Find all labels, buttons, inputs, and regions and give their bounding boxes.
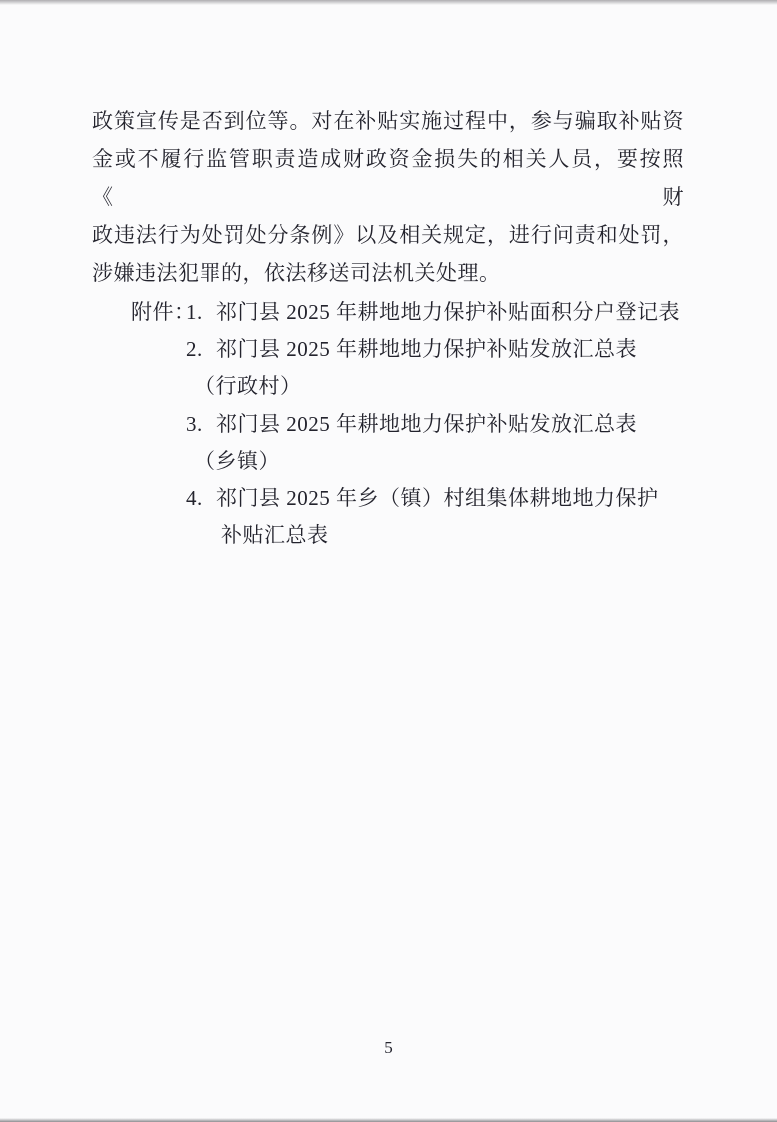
attachment-item-4-title: 祁门县 2025 年乡（镇）村组集体耕地地力保护 [216,486,659,510]
scan-edge-top [0,0,777,5]
page-number: 5 [0,1037,777,1059]
attachment-item-3: 3.祁门县 2025 年耕地地力保护补贴发放汇总表 [186,409,637,439]
attachment-item-1-number: 1. [186,297,216,327]
attachment-item-3-continuation: （乡镇） [194,446,280,476]
attachment-item-4-continuation: 补贴汇总表 [221,520,329,550]
attachment-item-2-title: 祁门县 2025 年耕地地力保护补贴发放汇总表 [216,337,637,361]
attachment-item-1: 1.祁门县 2025 年耕地地力保护补贴面积分户登记表 [186,297,680,327]
attachment-item-3-title: 祁门县 2025 年耕地地力保护补贴发放汇总表 [216,412,637,436]
paragraph-line-3: 政违法行为处罚处分条例》以及相关规定，进行问责和处罚， [92,216,684,254]
document-page: 政策宣传是否到位等。对在补贴实施过程中，参与骗取补贴资 金或不履行监管职责造成财… [0,0,777,1122]
paragraph-line-2: 金或不履行监管职责造成财政资金损失的相关人员，要按照《财 [92,140,684,216]
attachment-item-2-continuation: （行政村） [194,371,302,401]
attachment-item-4-number: 4. [186,483,216,513]
attachment-item-3-number: 3. [186,409,216,439]
body-paragraph: 政策宣传是否到位等。对在补贴实施过程中，参与骗取补贴资 金或不履行监管职责造成财… [92,102,684,292]
attachment-item-2-number: 2. [186,334,216,364]
attachment-item-1-title: 祁门县 2025 年耕地地力保护补贴面积分户登记表 [216,300,680,324]
paragraph-line-4: 涉嫌违法犯罪的，依法移送司法机关处理。 [92,254,684,292]
paragraph-line-1: 政策宣传是否到位等。对在补贴实施过程中，参与骗取补贴资 [92,102,684,140]
attachment-item-2: 2.祁门县 2025 年耕地地力保护补贴发放汇总表 [186,334,637,364]
scan-edge-bottom [0,1118,777,1122]
attachment-item-4: 4.祁门县 2025 年乡（镇）村组集体耕地地力保护 [186,483,659,513]
